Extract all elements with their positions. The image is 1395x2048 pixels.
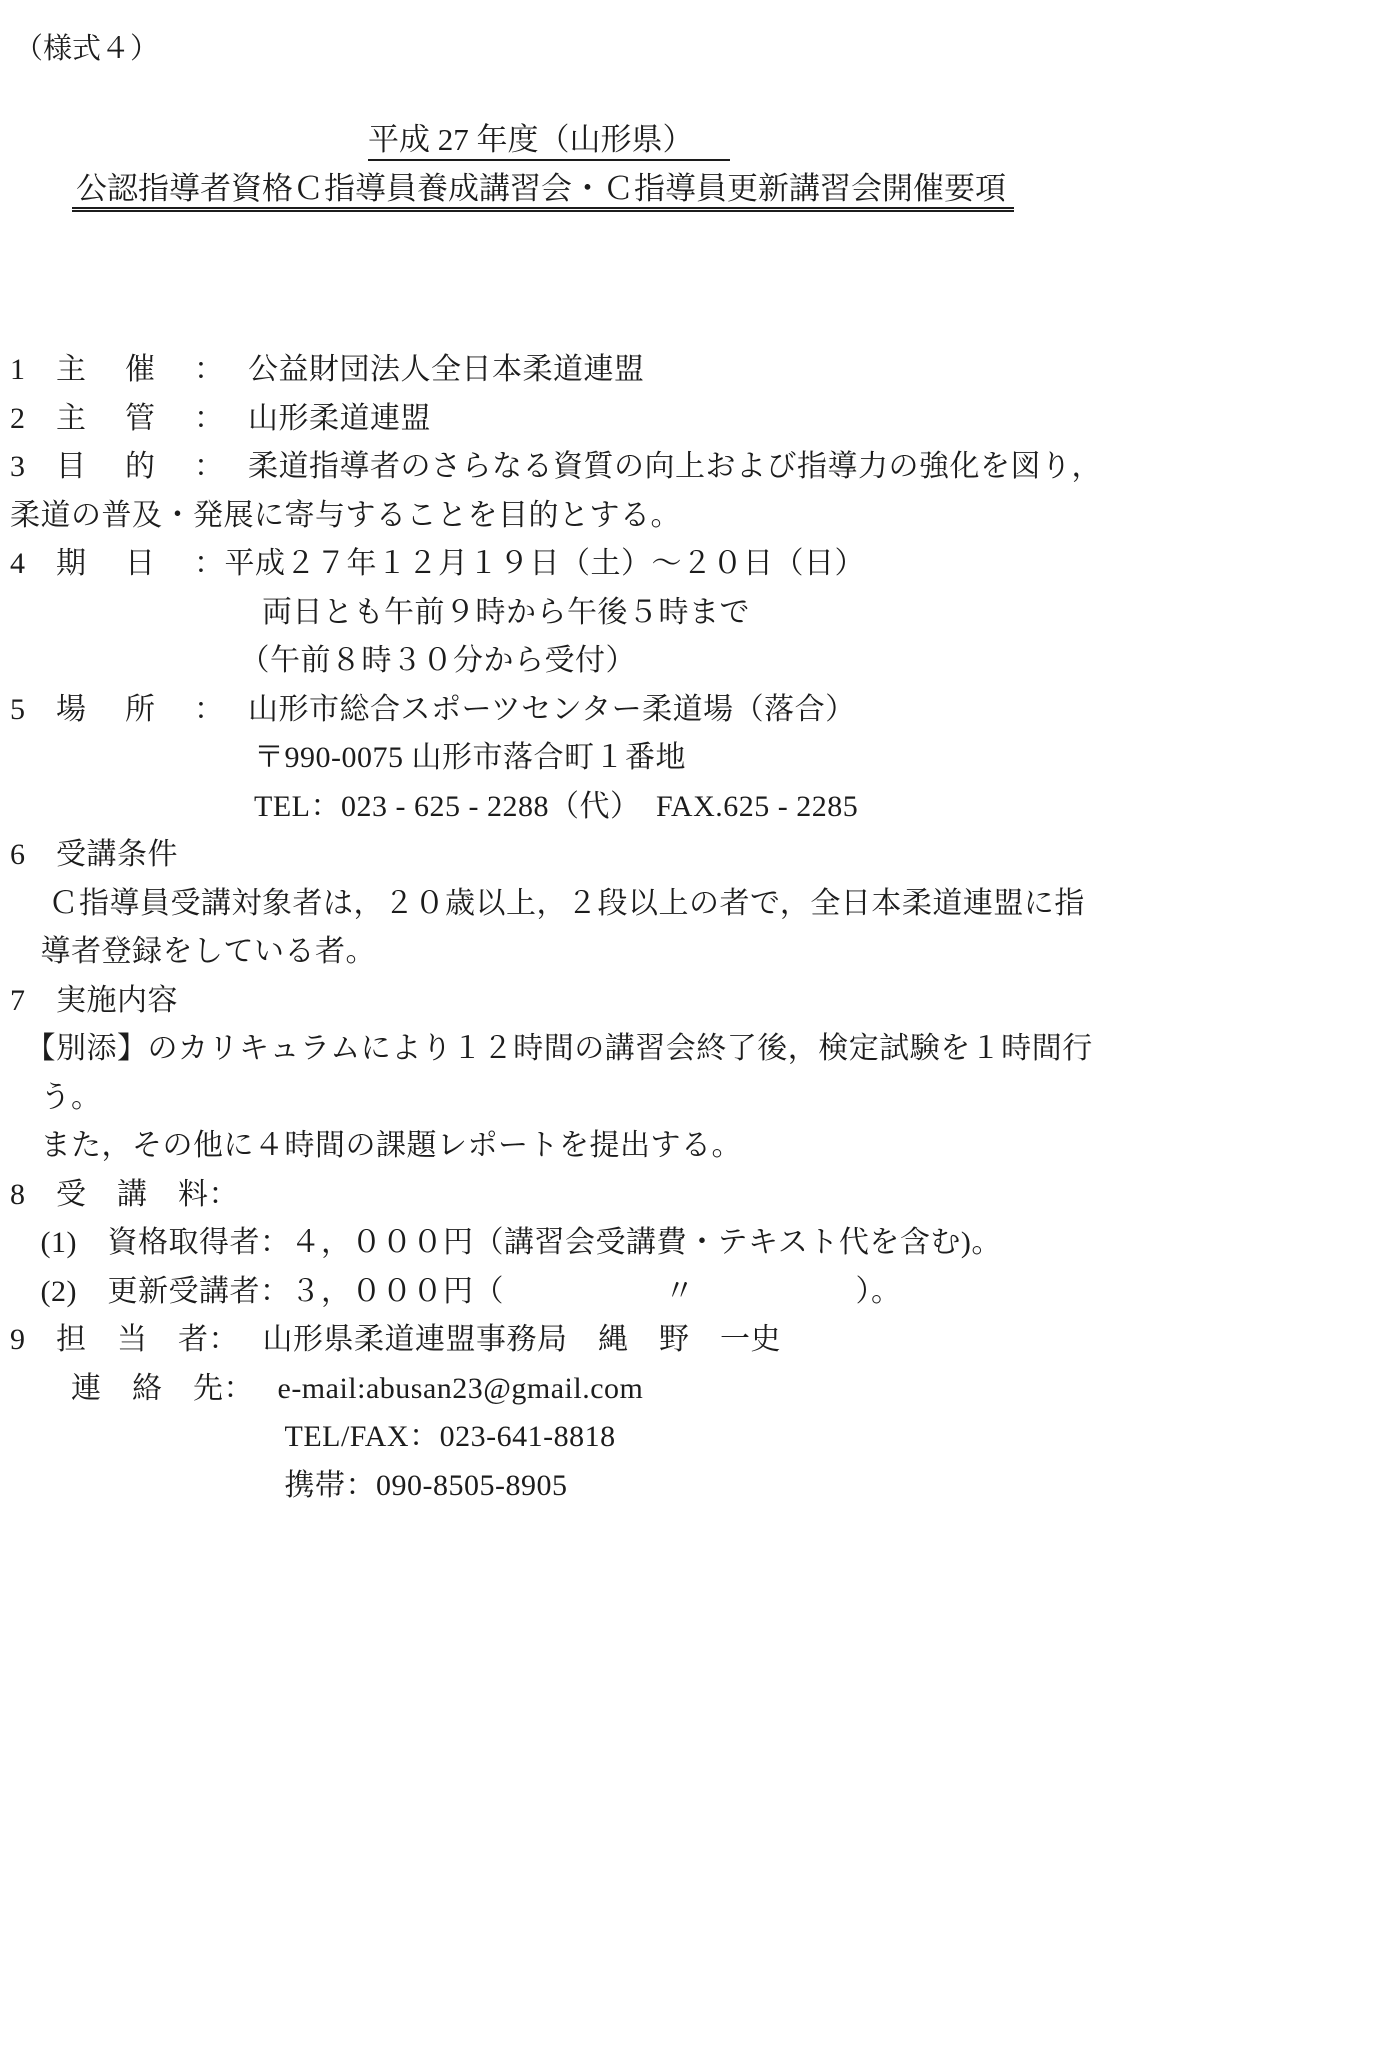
section-3-purpose-cont: 柔道の普及・発展に寄与することを目的とする。 — [10, 492, 1395, 541]
section-7-curriculum: 【別添】のカリキュラムにより１２時間の講習会終了後，検定試験を１時間行 — [10, 1025, 1395, 1074]
section-8-fees-head: 8 受 講 料： — [10, 1171, 1395, 1220]
section-7-contents-head: 7 実施内容 — [10, 977, 1395, 1026]
section-5-tel-fax: TEL：023 - 625 - 2288（代） FAX.625 - 2285 — [10, 783, 1395, 832]
document-title-main-text: 公認指導者資格Ｃ指導員養成講習会・Ｃ指導員更新講習会開催要項 — [72, 171, 1014, 212]
form-number-label: （様式４） — [14, 26, 159, 67]
section-8-fee-new: (1) 資格取得者：４，０００円（講習会受講費・テキスト代を含む)。 — [10, 1219, 1395, 1268]
section-2-supervisor: 2 主 管 ： 山形柔道連盟 — [10, 395, 1395, 444]
section-3-purpose: 3 目 的 ： 柔道指導者のさらなる資質の向上および指導力の強化を図り， — [10, 443, 1395, 492]
document-page: （様式４） 平成 27 年度（山形県） 公認指導者資格Ｃ指導員養成講習会・Ｃ指導… — [0, 0, 1395, 2048]
section-4-hours: 両日とも午前９時から午後５時まで — [10, 589, 1395, 638]
document-body: 1 主 催 ： 公益財団法人全日本柔道連盟 2 主 管 ： 山形柔道連盟 3 目… — [10, 346, 1395, 1510]
section-6-conditions: Ｃ指導員受講対象者は，２０歳以上，２段以上の者で，全日本柔道連盟に指 — [10, 880, 1395, 929]
document-title-year-text: 平成 27 年度（山形県） — [368, 122, 730, 161]
section-5-venue: 5 場 所 ： 山形市総合スポーツセンター柔道場（落合） — [10, 686, 1395, 735]
section-6-conditions-head: 6 受講条件 — [10, 831, 1395, 880]
section-9-contact-mobile: 携帯：090-8505-8905 — [10, 1462, 1395, 1511]
section-9-contact-email: 連 絡 先： e-mail:abusan23@gmail.com — [10, 1365, 1395, 1414]
title-block: 平成 27 年度（山形県） 公認指導者資格Ｃ指導員養成講習会・Ｃ指導員更新講習会… — [0, 116, 1395, 213]
section-9-contact-telfax: TEL/FAX：023-641-8818 — [10, 1413, 1395, 1462]
section-7-report: また，その他に４時間の課題レポートを提出する。 — [10, 1122, 1395, 1171]
section-4-reception: （午前８時３０分から受付） — [10, 637, 1395, 686]
section-8-fee-renewal: (2) 更新受講者：３，０００円（ 〃 ）。 — [10, 1268, 1395, 1317]
section-1-organizer: 1 主 催 ： 公益財団法人全日本柔道連盟 — [10, 346, 1395, 395]
section-9-person-in-charge: 9 担 当 者： 山形県柔道連盟事務局 縄 野 一史 — [10, 1316, 1395, 1365]
section-4-dates: 4 期 日 ：平成２７年１２月１９日（土）～２０日（日） — [10, 540, 1395, 589]
section-5-address: 〒990-0075 山形市落合町１番地 — [10, 734, 1395, 783]
document-title-year: 平成 27 年度（山形県） — [368, 116, 1395, 164]
section-7-curriculum-cont: う。 — [10, 1074, 1395, 1123]
document-title-main: 公認指導者資格Ｃ指導員養成講習会・Ｃ指導員更新講習会開催要項 — [76, 164, 1395, 213]
section-6-conditions-cont: 導者登録をしている者。 — [10, 928, 1395, 977]
